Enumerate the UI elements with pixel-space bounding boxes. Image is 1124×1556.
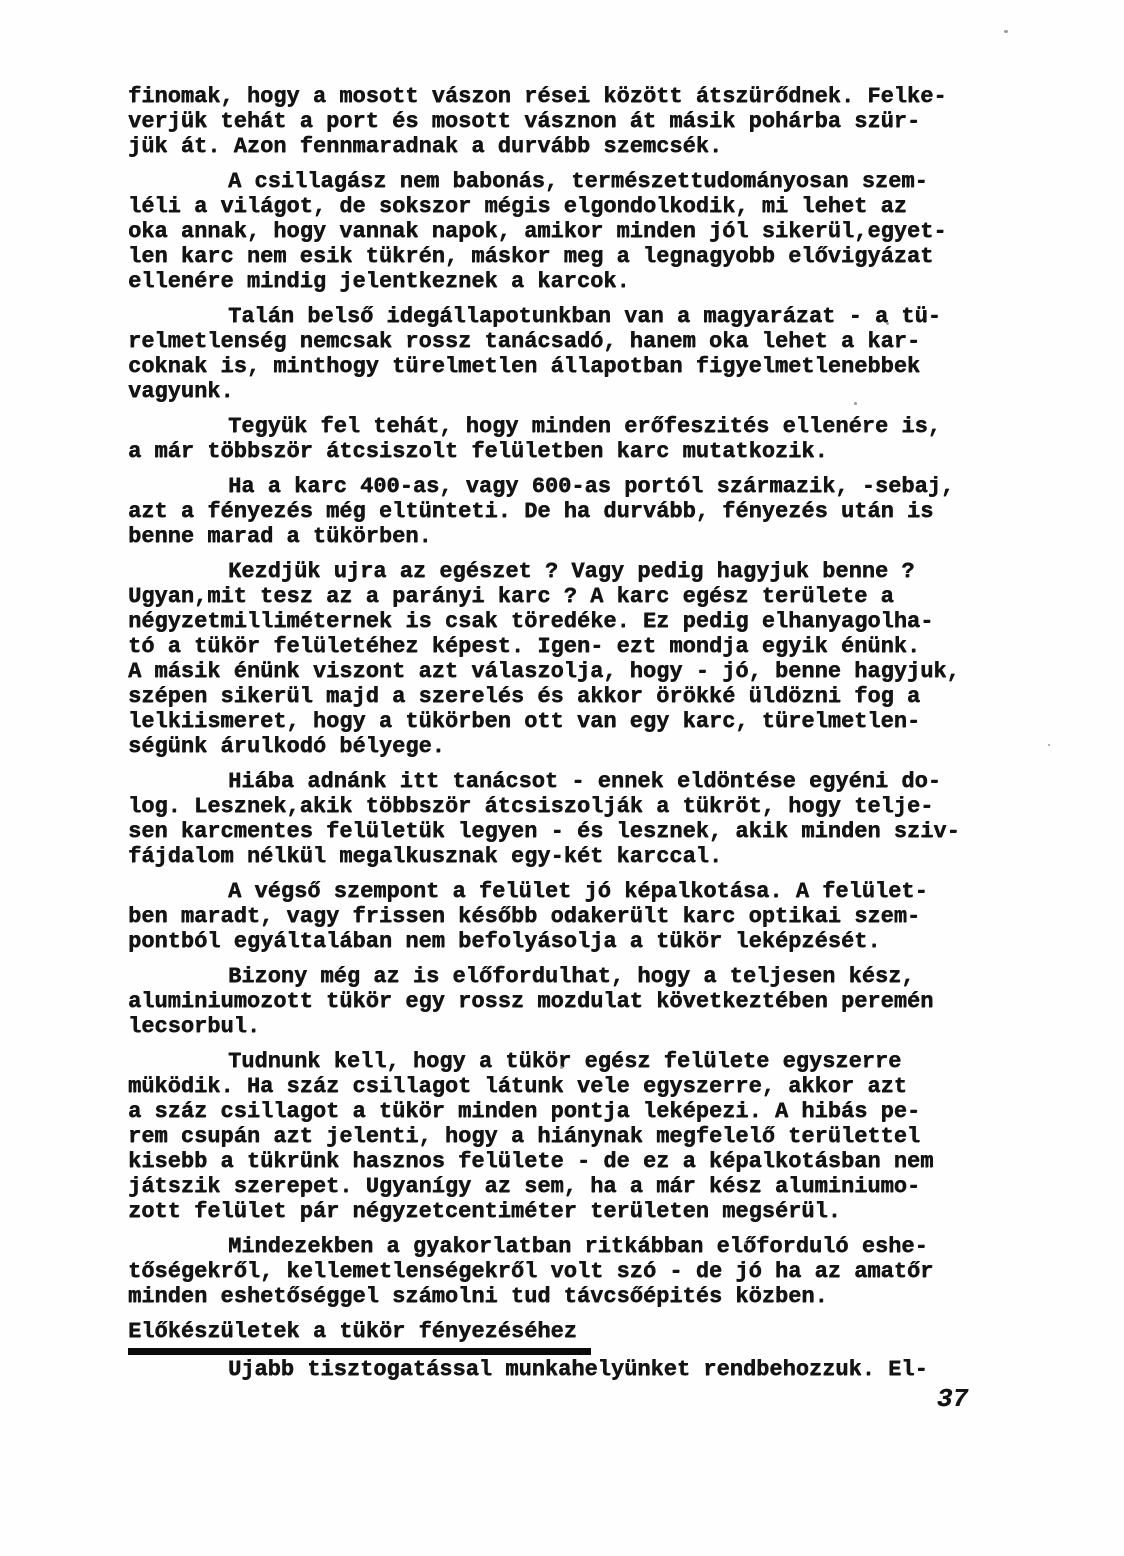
text-line: A másik énünk viszont azt válaszolja, ho… (128, 659, 1038, 684)
text-line: benne marad a tükörben. (128, 524, 1038, 549)
text-line: négyzetmilliméternek is csak töredéke. E… (128, 609, 1038, 634)
document-page: finomak, hogy a mosott vászon rései közö… (0, 0, 1124, 1556)
paragraph: A végső szempont a felület jó képalkotás… (128, 879, 1038, 954)
text-line: Ha a karc 400-as, vagy 600-as portól szá… (128, 474, 1038, 499)
text-line: minden eshetőséggel számolni tud távcsőé… (128, 1284, 1038, 1309)
text-line: a száz csillagot a tükör minden pontja l… (128, 1099, 1038, 1124)
text-line: pontból egyáltalában nem befolyásolja a … (128, 929, 1038, 954)
paragraph: Bizony még az is előfordulhat, hogy a te… (128, 964, 1038, 1039)
paragraph: Ujabb tisztogatással munkahelyünket rend… (128, 1357, 1038, 1382)
scan-speck (744, 1242, 747, 1245)
paragraph-container: finomak, hogy a mosott vászon rései közö… (128, 84, 1038, 1392)
text-line: aluminiumozott tükör egy rossz mozdulat … (128, 989, 1038, 1014)
paragraph: A csillagász nem babonás, természettudom… (128, 169, 1038, 294)
text-line: lecsorbul. (128, 1014, 1038, 1039)
text-line: jük át. Azon fennmaradnak a durvább szem… (128, 134, 1038, 159)
paragraph: Ha a karc 400-as, vagy 600-as portól szá… (128, 474, 1038, 549)
text-line: rem csupán azt jelenti, hogy a hiánynak … (128, 1124, 1038, 1149)
text-line: relmetlenség nemcsak rossz tanácsadó, ha… (128, 329, 1038, 354)
text-line: Kezdjük ujra az egészet ? Vagy pedig hag… (128, 559, 1038, 584)
paragraph: Tudnunk kell, hogy a tükör egész felület… (128, 1049, 1038, 1224)
paragraph: Hiába adnánk itt tanácsot - ennek eldönt… (128, 769, 1038, 869)
text-line: Talán belső idegállapotunkban van a magy… (128, 304, 1038, 329)
text-line: verjük tehát a port és mosott vásznon át… (128, 109, 1038, 134)
text-line: ellenére mindig jelentkeznek a karcok. (128, 269, 1038, 294)
section-heading-text: Előkészületek a tükör fényezéséhez (128, 1319, 591, 1355)
text-line: ben maradt, vagy frissen később odakerül… (128, 904, 1038, 929)
text-line: zott felület pár négyzetcentiméter terül… (128, 1199, 1038, 1224)
text-line: sen karcmentes felületük legyen - és les… (128, 819, 1038, 844)
scan-speck (886, 322, 889, 325)
text-line: játszik szerepet. Ugyanígy az sem, ha a … (128, 1174, 1038, 1199)
text-line: müködik. Ha száz csillagot látunk vele e… (128, 1074, 1038, 1099)
text-line: Bizony még az is előfordulhat, hogy a te… (128, 964, 1038, 989)
paragraph: Kezdjük ujra az egészet ? Vagy pedig hag… (128, 559, 1038, 759)
text-line: ségünk árulkodó bélyege. (128, 734, 1038, 759)
text-line: léli a világot, de sokszor mégis elgondo… (128, 194, 1038, 219)
text-line: vagyunk. (128, 379, 1038, 404)
text-line: len karc nem esik tükrén, máskor meg a l… (128, 244, 1038, 269)
text-line: Mindezekben a gyakorlatban ritkábban elő… (128, 1234, 1038, 1259)
text-line: Ujabb tisztogatással munkahelyünket rend… (128, 1357, 1038, 1382)
paragraph: finomak, hogy a mosott vászon rései közö… (128, 84, 1038, 159)
text-line: fájdalom nélkül megalkusznak egy-két kar… (128, 844, 1038, 869)
scan-speck (1004, 30, 1008, 33)
section-heading: Előkészületek a tükör fényezéséhez (128, 1319, 1038, 1355)
text-line: oka annak, hogy vannak napok, amikor min… (128, 219, 1038, 244)
text-line: lelkiismeret, hogy a tükörben ott van eg… (128, 709, 1038, 734)
text-line: szépen sikerül majd a szerelés és akkor … (128, 684, 1038, 709)
text-line: coknak is, minthogy türelmetlen állapotb… (128, 354, 1038, 379)
scan-speck (560, 1066, 563, 1069)
text-line: kisebb a tükrünk hasznos felülete - de e… (128, 1149, 1038, 1174)
text-line: Ugyan,mit tesz az a parányi karc ? A kar… (128, 584, 1038, 609)
text-line: A végső szempont a felület jó képalkotás… (128, 879, 1038, 904)
paragraph: Mindezekben a gyakorlatban ritkábban elő… (128, 1234, 1038, 1309)
scan-speck (854, 402, 857, 405)
text-line: A csillagász nem babonás, természettudom… (128, 169, 1038, 194)
text-line: tőségekről, kellemetlenségekről volt szó… (128, 1259, 1038, 1284)
text-line: tó a tükör felületéhez képest. Igen- ezt… (128, 634, 1038, 659)
page-number: 37 (937, 1384, 968, 1414)
paragraph: Talán belső idegállapotunkban van a magy… (128, 304, 1038, 404)
text-line: Hiába adnánk itt tanácsot - ennek eldönt… (128, 769, 1038, 794)
paragraph: Tegyük fel tehát, hogy minden erőfeszité… (128, 414, 1038, 464)
scan-speck (1048, 744, 1050, 746)
text-line: Tudnunk kell, hogy a tükör egész felület… (128, 1049, 1038, 1074)
text-line: Tegyük fel tehát, hogy minden erőfeszité… (128, 414, 1038, 439)
text-line: azt a fényezés még eltünteti. De ha durv… (128, 499, 1038, 524)
text-line: Előkészületek a tükör fényezéséhez (128, 1319, 1038, 1355)
text-line: log. Lesznek,akik többször átcsiszolják … (128, 794, 1038, 819)
text-line: a már többször átcsiszolt felületben kar… (128, 439, 1038, 464)
text-line: finomak, hogy a mosott vászon rései közö… (128, 84, 1038, 109)
